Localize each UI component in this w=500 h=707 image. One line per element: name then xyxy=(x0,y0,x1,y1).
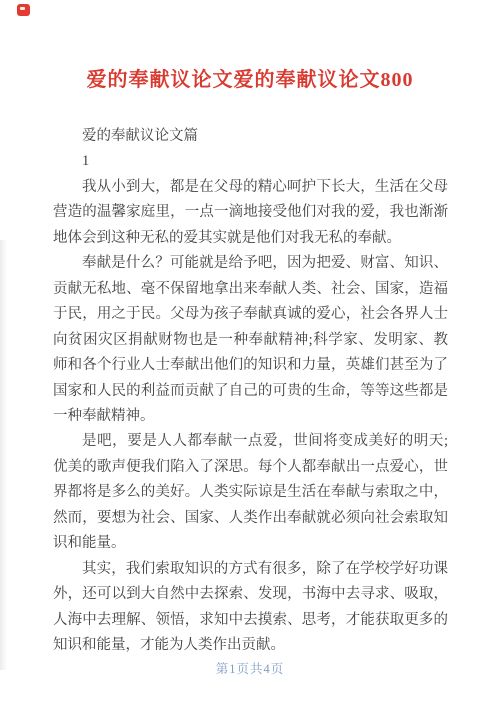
page-number-footer: 第1页共4页 xyxy=(0,659,500,677)
paragraph: 其实，我们索取知识的方式有很多，除了在学校学好功课外，还可以到大自然中去探索、发… xyxy=(53,557,448,659)
document-body: 爱的奉献议论文篇 1 我从小到大，都是在父母的精心呵护下长大，生活在父母营造的温… xyxy=(53,124,448,659)
paragraph-subtitle: 爱的奉献议论文篇 xyxy=(53,124,448,149)
paragraph-number: 1 xyxy=(53,149,448,174)
paragraph: 我从小到大，都是在父母的精心呵护下长大，生活在父母营造的温馨家庭里，一点一滴地接… xyxy=(53,175,448,251)
page-edge-shadow xyxy=(0,240,7,670)
document-page: 爱的奉献议论文爱的奉献议论文800 爱的奉献议论文篇 1 我从小到大，都是在父母… xyxy=(0,0,500,707)
paragraph: 是吧，要是人人都奉献一点爱，世间将变成美好的明天;优美的歌声便我们陷入了深思。每… xyxy=(53,429,448,556)
site-logo-icon xyxy=(17,4,30,16)
document-title: 爱的奉献议论文爱的奉献议论文800 xyxy=(45,63,455,97)
paragraph: 奉献是什么？可能就是给予吧，因为把爱、财富、知识、贡献无私地、毫不保留地拿出来奉… xyxy=(53,251,448,429)
